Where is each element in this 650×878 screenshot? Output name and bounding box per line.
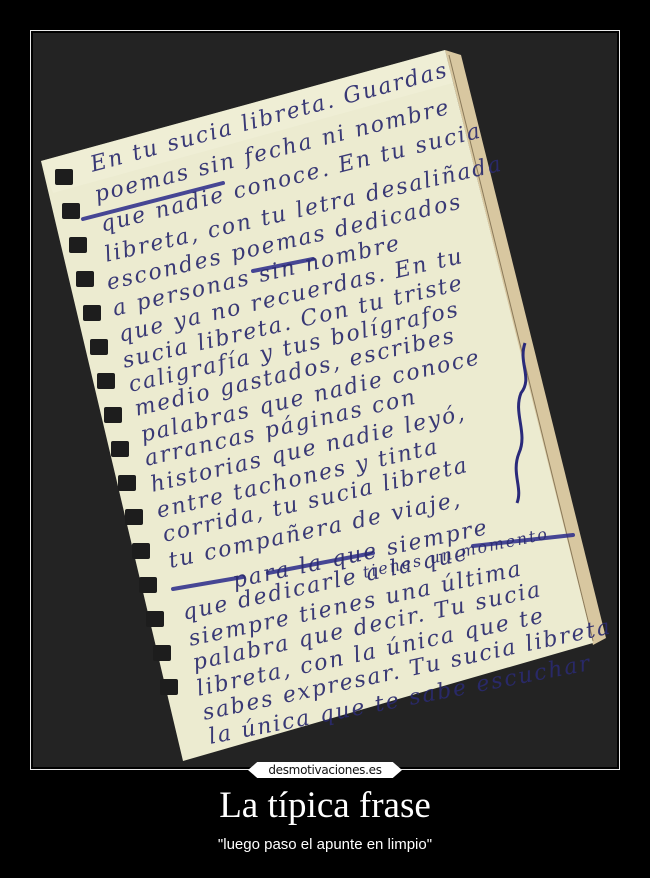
notebook-photo: En tu sucia libreta. Guardas poemas sin …: [33, 33, 617, 767]
poster-title: La típica frase: [0, 784, 650, 828]
watermark-badge: desmotivaciones.es: [248, 762, 402, 778]
poster-subtitle: "luego paso el apunte en limpio": [0, 835, 650, 855]
notebook-page-graphic: [33, 33, 617, 767]
watermark-text: desmotivaciones.es: [268, 762, 381, 778]
